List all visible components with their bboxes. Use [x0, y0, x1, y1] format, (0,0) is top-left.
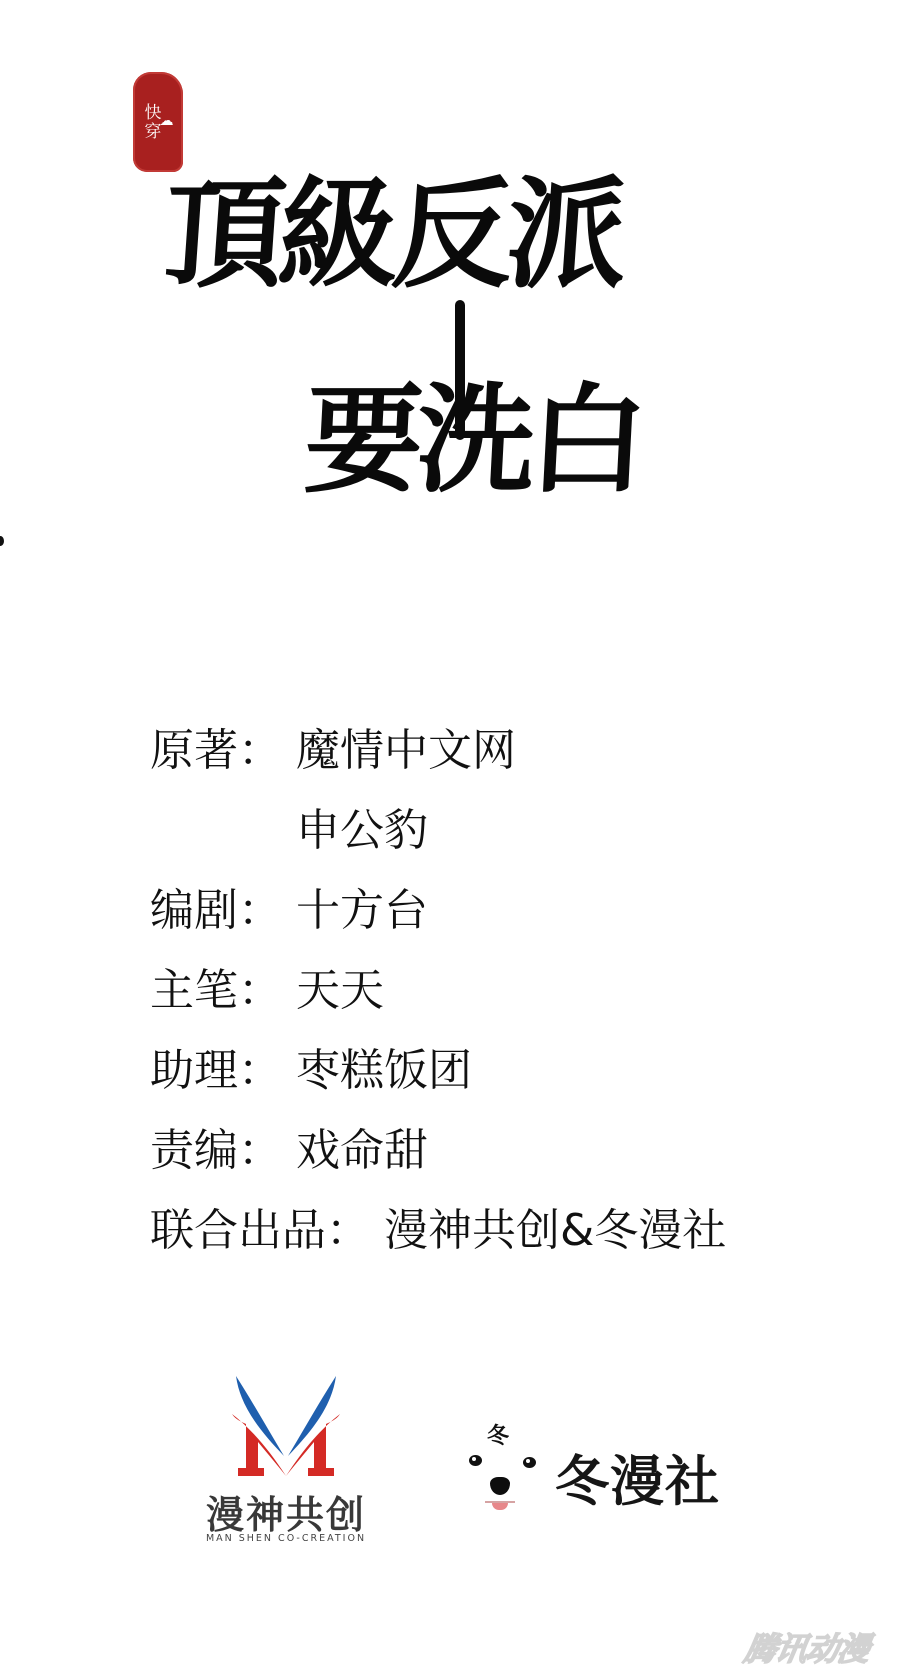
credit-original-work: 原著 ： 魔情中文网 — [150, 706, 726, 786]
dog-nose-icon — [490, 1477, 510, 1495]
seal-text: 快穿 — [141, 103, 160, 141]
credit-colon: ： — [326, 1194, 384, 1258]
comic-title-line-2: 要洗白 — [301, 360, 645, 520]
credit-value: 戏命甜 — [296, 1114, 428, 1178]
credit-screenwriter: 编剧 ： 十方台 — [150, 866, 726, 946]
credit-lead-artist: 主笔 ： 天天 — [150, 946, 726, 1026]
manshen-name-en: MAN SHEN CO-CREATION — [196, 1533, 376, 1544]
credit-label: 助理 — [150, 1034, 238, 1098]
credits-list: 原著 ： 魔情中文网 申公豹 编剧 ： 十方台 主笔 ： 天天 助理 ： 枣糕饭… — [150, 706, 726, 1266]
credit-colon: ： — [238, 874, 296, 938]
dog-eye-icon — [469, 1455, 482, 1466]
credit-value: 漫神共创&冬漫社 — [384, 1194, 726, 1258]
manshen-logo: 漫神共创 MAN SHEN CO-CREATION — [196, 1372, 376, 1552]
credit-label: 原著 — [150, 714, 238, 778]
credit-colon: ： — [238, 954, 296, 1018]
dog-eye-icon — [523, 1457, 536, 1468]
comic-title-line-1: 頂級反派 — [159, 150, 627, 320]
credit-editor: 责编 ： 戏命甜 — [150, 1106, 726, 1186]
credit-label: 编剧 — [150, 874, 238, 938]
dongmanshe-name: 冬漫社 — [555, 1439, 720, 1516]
credit-value: 申公豹 — [296, 794, 428, 858]
m-wings-logo-icon — [230, 1376, 342, 1480]
credit-value: 魔情中文网 — [296, 714, 516, 778]
cloud-icon: ☁ — [160, 112, 176, 131]
credit-value: 天天 — [296, 954, 384, 1018]
dog-tongue-icon — [492, 1503, 508, 1510]
credit-colon: ： — [238, 714, 296, 778]
credit-label: 责编 — [150, 1114, 238, 1178]
dongmanshe-logo: 冬 冬漫社 — [455, 1415, 755, 1525]
dog-forehead-char: 冬 — [487, 1419, 509, 1450]
credit-co-producer: 联合出品 ： 漫神共创&冬漫社 — [150, 1186, 726, 1266]
edge-ink-dot — [0, 536, 4, 546]
credit-label: 联合出品 — [150, 1194, 326, 1258]
credit-colon: ： — [238, 1034, 296, 1098]
credit-value: 枣糕饭团 — [296, 1034, 472, 1098]
credit-original-author: 申公豹 — [150, 786, 726, 866]
manshen-name-cn: 漫神共创 — [196, 1484, 376, 1539]
tencent-comics-watermark: 腾讯动漫 — [741, 1624, 873, 1670]
credit-colon: ： — [238, 1114, 296, 1178]
credit-label: 主笔 — [150, 954, 238, 1018]
credit-value: 十方台 — [296, 874, 428, 938]
credit-assistant: 助理 ： 枣糕饭团 — [150, 1026, 726, 1106]
